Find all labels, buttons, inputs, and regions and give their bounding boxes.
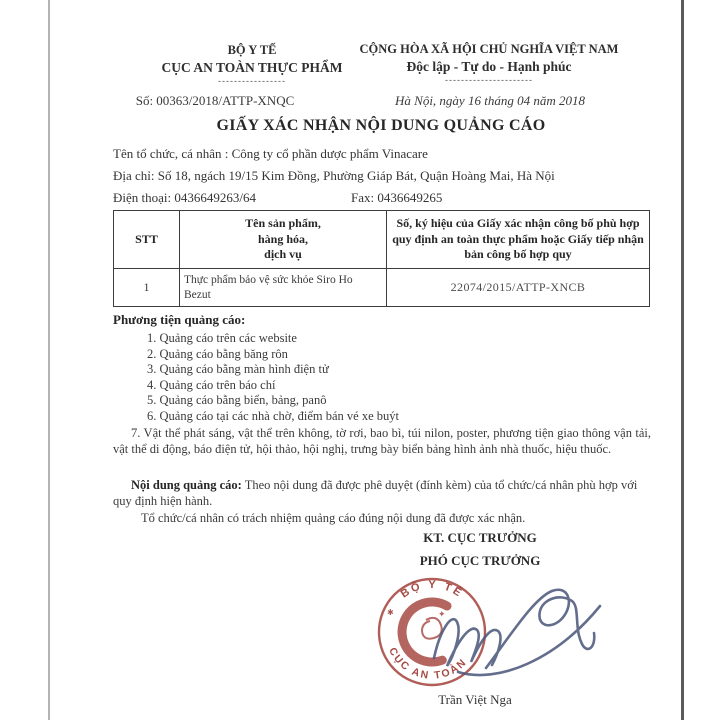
issuing-agency-block: BỘ Y TẾ CỤC AN TOÀN THỰC PHẨM ----------… bbox=[128, 42, 376, 86]
col-header-product: Tên sản phẩm, hàng hóa, dịch vụ bbox=[180, 211, 387, 269]
content-statement: Nội dung quảng cáo: Theo nội dung đã đượ… bbox=[113, 477, 651, 509]
media-item-7: 7. Vật thể phát sáng, vật thể trên không… bbox=[113, 426, 651, 458]
applicant-organization: Tên tổ chức, cá nhân : Công ty cổ phần d… bbox=[113, 143, 653, 165]
col-header-stt: STT bbox=[114, 211, 180, 269]
signer-name: Trần Việt Nga bbox=[393, 692, 557, 708]
ministry-name: BỘ Y TẾ bbox=[128, 42, 376, 59]
table-row: 1 Thực phẩm bảo vệ sức khỏe Siro Ho Bezu… bbox=[114, 269, 650, 307]
national-title: CỘNG HÒA XÃ HỘI CHỦ NGHĨA VIỆT NAM bbox=[348, 41, 630, 58]
media-item: 4. Quảng cáo trên báo chí bbox=[147, 378, 399, 394]
applicant-contact: Điện thoại: 0436649263/64 Fax: 043664926… bbox=[113, 187, 653, 209]
applicant-address: Địa chỉ: Số 18, ngách 19/15 Kim Đồng, Ph… bbox=[113, 165, 653, 187]
seal-separator-star-icon: ✱ bbox=[387, 608, 394, 617]
product-table: STT Tên sản phẩm, hàng hóa, dịch vụ Số, … bbox=[113, 210, 650, 307]
cell-certificate: 22074/2015/ATTP-XNCB bbox=[387, 269, 650, 307]
agency-name: CỤC AN TOÀN THỰC PHẨM bbox=[128, 59, 376, 77]
col-header-certificate: Số, ký hiệu của Giấy xác nhận công bố ph… bbox=[387, 211, 650, 269]
cell-product: Thực phẩm bảo vệ sức khỏe Siro Ho Bezut bbox=[180, 269, 387, 307]
media-section-heading: Phương tiện quảng cáo: bbox=[113, 312, 245, 328]
responsibility-statement: Tổ chức/cá nhân có trách nhiệm quảng cáo… bbox=[113, 511, 651, 526]
media-item: 5. Quảng cáo bằng biển, bảng, panô bbox=[147, 393, 399, 409]
signer-title-line1: KT. CỤC TRƯỞNG bbox=[378, 530, 582, 546]
media-list: 1. Quảng cáo trên các website 2. Quảng c… bbox=[147, 331, 399, 424]
media-item: 3. Quảng cáo bằng màn hình điện tử bbox=[147, 362, 399, 378]
table-header-row: STT Tên sản phẩm, hàng hóa, dịch vụ Số, … bbox=[114, 211, 650, 269]
place-and-date: Hà Nội, ngày 16 tháng 04 năm 2018 bbox=[368, 93, 612, 109]
scan-page-edge-right bbox=[681, 0, 684, 720]
media-item: 1. Quảng cáo trên các website bbox=[147, 331, 399, 347]
scan-page-edge-left bbox=[48, 0, 50, 720]
agency-divider: ----------------- bbox=[128, 77, 376, 86]
national-motto-block: CỘNG HÒA XÃ HỘI CHỦ NGHĨA VIỆT NAM Độc l… bbox=[348, 41, 630, 85]
media-item: 2. Quảng cáo bằng băng rôn bbox=[147, 347, 399, 363]
applicant-fax: Fax: 0436649265 bbox=[351, 187, 442, 209]
cell-stt: 1 bbox=[114, 269, 180, 307]
content-label: Nội dung quảng cáo: bbox=[131, 478, 242, 492]
document-number: Số: 00363/2018/ATTP-XNQC bbox=[95, 93, 335, 109]
applicant-phone: Điện thoại: 0436649263/64 bbox=[113, 190, 256, 205]
handwritten-signature bbox=[424, 578, 606, 680]
screenshot-root: { "document": { "header": { "agency": { … bbox=[0, 0, 720, 720]
document-title: GIẤY XÁC NHẬN NỘI DUNG QUẢNG CÁO bbox=[115, 117, 647, 135]
media-item: 6. Quảng cáo tại các nhà chờ, điểm bán v… bbox=[147, 409, 399, 425]
applicant-info: Tên tổ chức, cá nhân : Công ty cổ phần d… bbox=[113, 143, 653, 209]
signer-title-line2: PHÓ CỤC TRƯỞNG bbox=[378, 553, 582, 569]
national-motto: Độc lập - Tự do - Hạnh phúc bbox=[348, 58, 630, 76]
signature-stroke bbox=[434, 619, 500, 666]
motto-divider: ---------------------- bbox=[348, 76, 630, 85]
